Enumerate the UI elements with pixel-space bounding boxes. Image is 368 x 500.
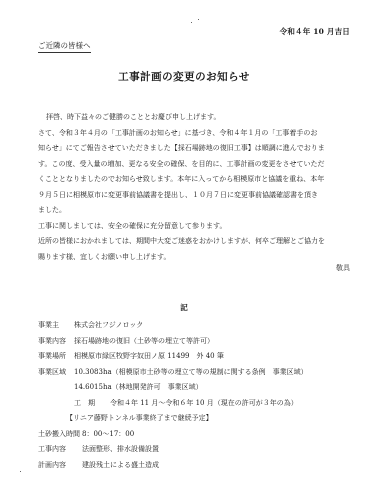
detail-row-work-content: 工事内容 法面整形、排水設備設置 [38,442,308,458]
body-line: ました。 [38,203,356,219]
detail-label: 工事内容 [38,442,82,458]
detail-row-business-owner: 事業主 株式会社フジノロック [38,318,308,334]
detail-row-period: 工 期 令和４年 11 月～令和６年 10 月（現在の許可が３年の為） [38,396,308,412]
detail-value: 令和４年 11 月～令和６年 10 月（現在の許可が３年の為） [110,396,298,412]
detail-label: 事業場所 [38,349,74,365]
detail-value: 採石場跡地の復旧（土砂等の埋立て等許可） [74,334,214,350]
detail-label: 事業内容 [38,334,74,350]
detail-label: 計画内容 [38,458,82,474]
addressee: ご近隣の皆様へ [38,40,91,53]
body-line: ９月５日に相模原市に変更事前協議書を提出し、１０月７日に変更事前協議確認書を頂き [38,188,356,204]
scan-speck [20,471,21,472]
scan-speck [191,22,192,23]
notice-details: 事業主 株式会社フジノロック 事業内容 採石場跡地の復旧（土砂等の埋立て等許可）… [38,318,308,473]
body-line: す。この度、受入量の増加、更なる安全の確保、を目的に、工事計画の変更をさせていた… [38,157,356,173]
notice-heading: 記 [0,302,368,313]
body-line: くこととなりましたのでお知らせ致します。本年に入ってから相模原市と協議を重ね、本… [38,172,356,188]
detail-row-plan-content: 計画内容 建設残土による盛土造成 [38,458,308,474]
detail-label: 事業主 [38,318,74,334]
detail-row-business-area: 事業区域 10.3083ha（相模原市土砂等の埋立て等の規制に関する条例 事業区… [38,365,308,381]
detail-label: 工 期 [74,396,110,412]
continuation-note: 【リニア藤野トンネル事業終了まで継続予定】 [38,411,308,427]
detail-value: 建設残土による盛土造成 [82,458,159,474]
document-title: 工事計画の変更のお知らせ [0,69,368,84]
closing-signoff: 敬具 [336,263,350,273]
detail-row-business-content: 事業内容 採石場跡地の復旧（土砂等の埋立て等許可） [38,334,308,350]
detail-value: 8：00～17：00 [82,427,134,443]
body-line: 賜ります様、宜しくお願い申し上げます。 [38,250,356,266]
body-line: 近所の皆様におかれましては、期間中大変ご迷惑をおかけしますが、何卒ご理解とご協力… [38,234,356,250]
detail-row-soil-hours: 土砂搬入時間 8：00～17：00 [38,427,308,443]
letter-body: 拝啓、時下益々のご健勝のこととお慶び申し上げます。 さて、令和３年４月の「工事計… [38,110,356,265]
detail-area-extra: 14.6015ha（林地開発許可 事業区域） [38,380,308,396]
detail-label: 土砂搬入時間 [38,427,82,443]
detail-value: 10.3083ha（相模原市土砂等の埋立て等の規制に関する条例 事業区域） [74,365,308,381]
detail-value: 株式会社フジノロック [74,318,143,334]
detail-row-business-location: 事業場所 相模原市緑区牧野字奴田ノ原 11499 外 40 筆 [38,349,308,365]
body-line: 知らせ」にてご報告させていただきました【採石場跡地の復旧工事】は順調に進んでおり… [38,141,356,157]
detail-value: 法面整形、排水設備設置 [82,442,159,458]
detail-value: 相模原市緑区牧野字奴田ノ原 11499 外 40 筆 [74,349,224,365]
body-line: 工事に関しましては、安全の確保に充分留意して参ります。 [38,219,356,235]
greeting-line: 拝啓、時下益々のご健勝のこととお慶び申し上げます。 [38,110,356,126]
document-date: 令和４年 10 月吉日 [280,26,350,37]
detail-label: 事業区域 [38,365,74,381]
body-line: さて、令和３年４月の「工事計画のお知らせ」に基づき、令和４年１月の「工事着手のお [38,126,356,142]
scan-speck [198,19,199,20]
